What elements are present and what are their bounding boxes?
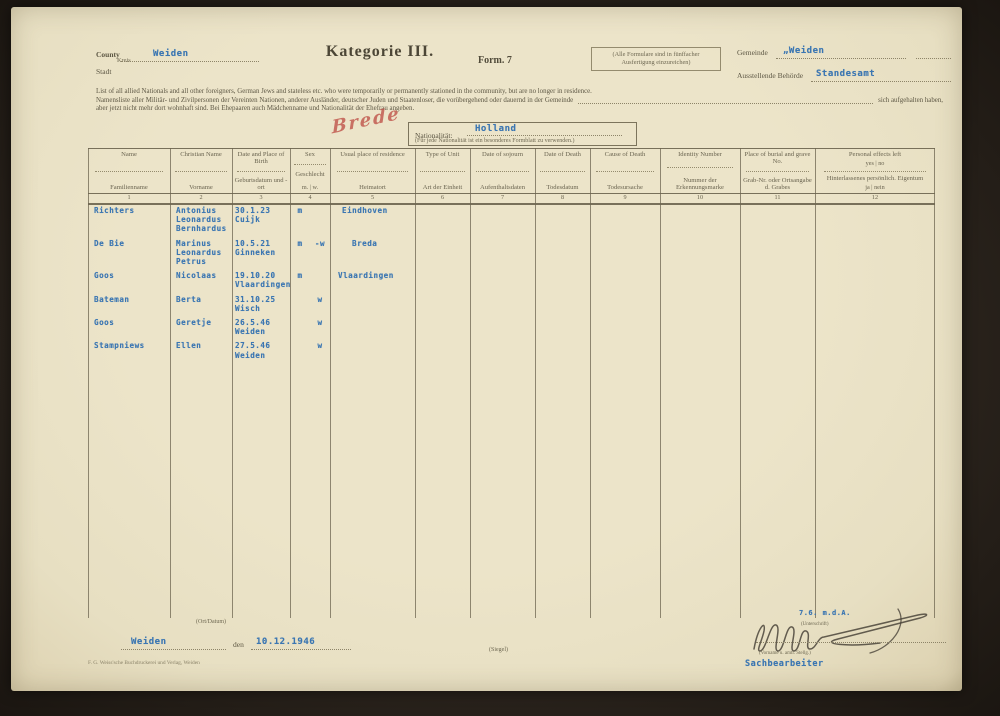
copies-note: (Alle Formulare sind in fünffacher Ausfe… bbox=[591, 47, 721, 71]
county-fill-line bbox=[121, 51, 259, 62]
cell-name: Stampniews bbox=[88, 341, 170, 359]
cell-first: Ellen bbox=[170, 341, 232, 359]
column-number-row: 1 2 3 4 5 6 7 8 9 10 11 12 bbox=[88, 193, 935, 203]
col-header-effects: Personal effects leftyes | noHinterlasse… bbox=[815, 148, 935, 193]
scan-background: County Kreis Weiden Stadt Kategorie III.… bbox=[0, 0, 1000, 716]
cell-name: Richters bbox=[88, 206, 170, 234]
printer-imprint: F. G. Weiss'sche Buchdruckerei und Verla… bbox=[88, 660, 200, 666]
cell-residence bbox=[330, 318, 415, 336]
cell-residence: Eindhoven bbox=[330, 206, 415, 234]
cell-birth: 10.5.21 Ginneken bbox=[232, 239, 290, 267]
cell-birth: 30.1.23 Cuijk bbox=[232, 206, 290, 234]
col-header-unit: Type of UnitArt der Einheit bbox=[415, 148, 470, 193]
signature-line bbox=[756, 641, 946, 643]
cell-residence: Vlaardingen bbox=[330, 271, 415, 289]
cell-sex: m bbox=[290, 206, 330, 234]
cell-birth: 26.5.46 Weiden bbox=[232, 318, 290, 336]
cell-sex: w bbox=[290, 318, 330, 336]
form-number: Form. 7 bbox=[478, 55, 512, 66]
intro-paragraph: List of all allied Nationals and all oth… bbox=[96, 88, 943, 114]
place-fill-line bbox=[121, 639, 226, 650]
gemeinde-label: Gemeinde bbox=[737, 48, 768, 57]
nationality-fill-line bbox=[467, 126, 622, 136]
table-header-row: NameFamilienname Christian NameVorname D… bbox=[88, 148, 935, 193]
cell-birth: 27.5.46 Weiden bbox=[232, 341, 290, 359]
cell-birth: 31.10.25 Wisch bbox=[232, 295, 290, 313]
intro-line-de: Namensliste aller Militär- und Zivilpers… bbox=[96, 97, 943, 106]
intro-line-de-2: aber jetzt nicht mehr dort wohnhaft sind… bbox=[96, 105, 943, 114]
table-row: Goos Geretje 26.5.46 Weiden w bbox=[88, 315, 935, 338]
cell-first: Marinus Leonardus Petrus bbox=[170, 239, 232, 267]
col-header-birth: Date and Place of BirthGeburtsdatum und … bbox=[232, 148, 290, 193]
cell-sex: w bbox=[290, 295, 330, 313]
intro-de-part1: Namensliste aller Militär- und Zivilpers… bbox=[96, 97, 573, 106]
gemeinde-fill-line bbox=[776, 48, 906, 59]
intro-de-part2: sich aufgehalten haben, bbox=[878, 97, 943, 106]
cell-birth: 19.10.20 Vlaardingen bbox=[232, 271, 290, 289]
col-header-christian-name: Christian NameVorname bbox=[170, 148, 232, 193]
cell-name: Bateman bbox=[88, 295, 170, 313]
cell-first: Berta bbox=[170, 295, 232, 313]
authority-label: Ausstellende Behörde bbox=[737, 71, 803, 80]
register-table: NameFamilienname Christian NameVorname D… bbox=[88, 148, 935, 618]
date-fill-line bbox=[251, 639, 351, 650]
den-label: den bbox=[233, 640, 244, 649]
col-header-sojourn: Date of sojournAufenthaltsdaten bbox=[470, 148, 535, 193]
col-header-burial: Place of burial and grave No.Grab-Nr. od… bbox=[740, 148, 815, 193]
gemeinde-fill-line-2 bbox=[916, 48, 951, 59]
ort-datum-label: (Ort/Datum) bbox=[196, 619, 226, 625]
stellung-label: (Vorname u. amtl. Stellg.) bbox=[759, 651, 811, 656]
city-label: Stadt bbox=[96, 67, 111, 76]
col-header-sex: SexGeschlechtm. | w. bbox=[290, 148, 330, 193]
cell-residence: Breda bbox=[330, 239, 415, 267]
table-row: Goos Nicolaas 19.10.20 Vlaardingen m Vla… bbox=[88, 268, 935, 291]
intro-line-en: List of all allied Nationals and all oth… bbox=[96, 88, 943, 97]
page-title: Kategorie III. bbox=[270, 43, 490, 61]
gemeinde-blank-line bbox=[578, 103, 873, 104]
table-row: Stampniews Ellen 27.5.46 Weiden w bbox=[88, 338, 935, 361]
cell-sex: m bbox=[290, 271, 330, 289]
cell-first: Nicolaas bbox=[170, 271, 232, 289]
siegel-label: (Siegel) bbox=[489, 647, 508, 653]
cell-sex: w bbox=[290, 341, 330, 359]
cell-name: Goos bbox=[88, 318, 170, 336]
table-body: Richters Antonius Leonardus Bernhardus 3… bbox=[88, 203, 935, 362]
nationality-label: Nationalität: bbox=[415, 131, 453, 140]
form-page: County Kreis Weiden Stadt Kategorie III.… bbox=[11, 7, 962, 691]
cell-residence bbox=[330, 295, 415, 313]
cell-first: Antonius Leonardus Bernhardus bbox=[170, 206, 232, 234]
cell-name: Goos bbox=[88, 271, 170, 289]
col-header-residence: Usual place of residenceHeimatort bbox=[330, 148, 415, 193]
col-header-death-date: Date of DeathTodesdatum bbox=[535, 148, 590, 193]
cell-first: Geretje bbox=[170, 318, 232, 336]
cell-residence bbox=[330, 341, 415, 359]
cell-name: De Bie bbox=[88, 239, 170, 267]
col-header-name: NameFamilienname bbox=[88, 148, 170, 193]
col-header-death-cause: Cause of DeathTodesursache bbox=[590, 148, 660, 193]
clerk-title: Sachbearbeiter bbox=[745, 659, 824, 669]
authority-fill-line bbox=[811, 71, 951, 82]
table-row: Richters Antonius Leonardus Bernhardus 3… bbox=[88, 203, 935, 236]
col-header-identity: Identity NumberNummer der Erkennungsmark… bbox=[660, 148, 740, 193]
table-row: Bateman Berta 31.10.25 Wisch w bbox=[88, 292, 935, 315]
nationality-box: Nationalität: Holland (Für jede National… bbox=[408, 122, 637, 146]
table-row: De Bie Marinus Leonardus Petrus 10.5.21 … bbox=[88, 236, 935, 269]
cell-sex: m-w bbox=[290, 239, 330, 267]
